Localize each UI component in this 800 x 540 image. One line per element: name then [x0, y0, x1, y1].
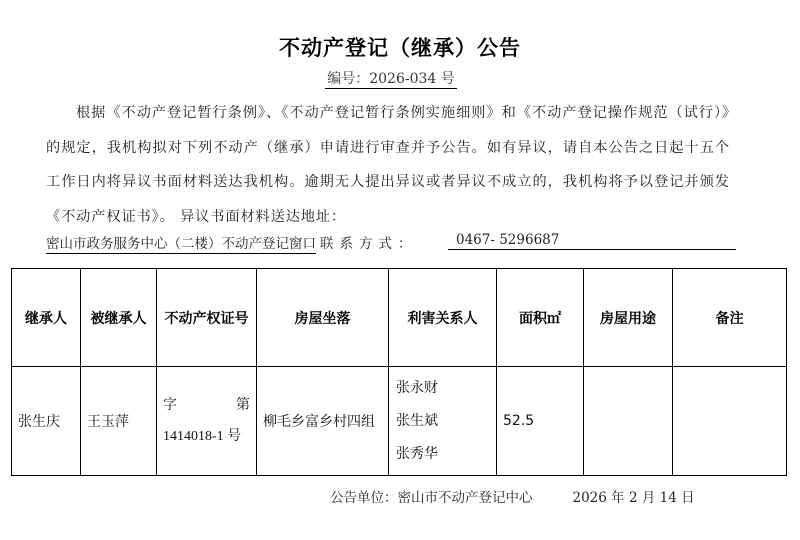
cell-certificate-number: 字 第 1414018-1 号 — [157, 367, 257, 476]
cell-decedent: 王玉萍 — [81, 367, 157, 476]
inheritance-table: 继承人 被继承人 不动产权证号 房屋坐落 利害关系人 面积㎡ 房屋用途 备注 张… — [11, 268, 787, 476]
contact-label: 联系方式： — [320, 232, 418, 252]
cert-prefix-left: 字 — [163, 389, 177, 421]
table-header-row: 继承人 被继承人 不动产权证号 房屋坐落 利害关系人 面积㎡ 房屋用途 备注 — [12, 269, 787, 367]
table-row: 张生庆 王玉萍 字 第 1414018-1 号 柳毛乡富乡村四组 张永财 张生斌… — [12, 367, 787, 476]
cell-heir: 张生庆 — [12, 367, 81, 476]
header-location: 房屋坐落 — [257, 269, 389, 367]
header-stakeholders: 利害关系人 — [389, 269, 497, 367]
notice-body-paragraph: 根据《不动产登记暂行条例》、《不动产登记暂行条例实施细则》和《不动产登记操作规范… — [46, 96, 730, 234]
header-certificate-number: 不动产权证号 — [157, 269, 257, 367]
cell-location: 柳毛乡富乡村四组 — [257, 367, 389, 476]
header-decedent: 被继承人 — [81, 269, 157, 367]
header-heir: 继承人 — [12, 269, 81, 367]
address-contact-line: 密山市政务服务中心（二楼）不动产登记窗口联系方式： 0467- 5296687 — [46, 232, 728, 254]
header-remarks: 备注 — [673, 269, 787, 367]
contact-phone: 0467- 5296687 — [448, 232, 736, 250]
cell-usage — [584, 367, 673, 476]
issue-date: 2026 年 2 月 14 日 — [573, 490, 695, 506]
cell-area: 52.5 — [497, 367, 584, 476]
cell-remarks — [673, 367, 787, 476]
issuer: 公告单位：密山市不动产登记中心 — [330, 490, 533, 506]
footer: 公告单位：密山市不动产登记中心2026 年 2 月 14 日 — [330, 486, 695, 506]
stakeholder-name: 张生斌 — [396, 405, 496, 438]
document-number: 编号：2026-034 号 — [0, 68, 782, 88]
document-number-text: 编号：2026-034 号 — [325, 71, 457, 89]
stakeholder-name: 张秀华 — [396, 438, 496, 471]
header-usage: 房屋用途 — [584, 269, 673, 367]
objection-address: 密山市政务服务中心（二楼）不动产登记窗口 — [46, 232, 316, 254]
cert-number: 1414018-1 号 — [163, 421, 250, 453]
header-area: 面积㎡ — [497, 269, 584, 367]
cert-prefix-right: 第 — [236, 389, 250, 421]
page-title: 不动产登记（继承）公告 — [0, 32, 800, 62]
stakeholder-name: 张永财 — [396, 372, 496, 405]
cell-stakeholders: 张永财 张生斌 张秀华 — [389, 367, 497, 476]
